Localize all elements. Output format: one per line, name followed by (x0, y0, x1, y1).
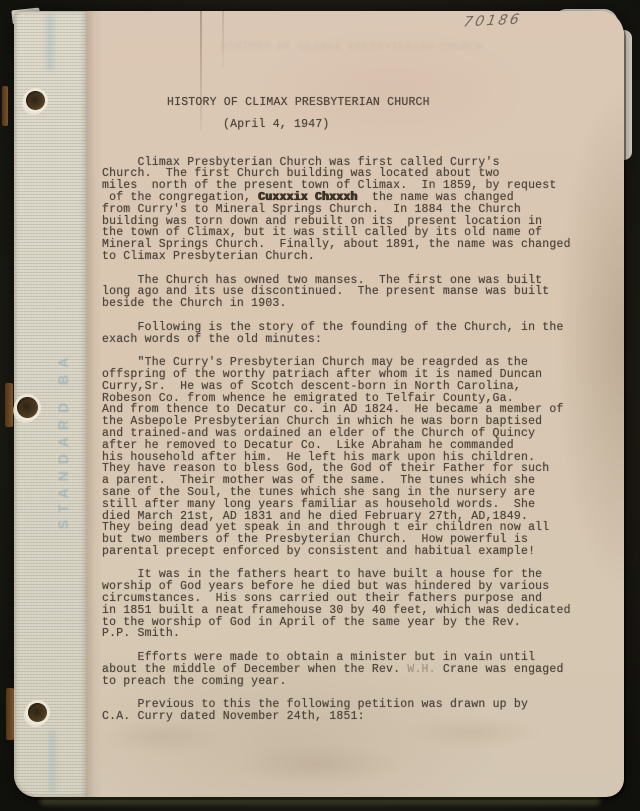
punch-hole-1 (26, 91, 45, 110)
faded-initials: W.H. (407, 663, 435, 676)
document-page: STANDARD BA 70186 HISTORY OF CLIMAX PRES… (14, 11, 624, 797)
paragraph-4: "The Curry's Presbyterian Church may be … (102, 357, 612, 558)
crease-line-2 (222, 11, 224, 69)
catalog-number: 70186 (462, 12, 523, 31)
paragraph-5: It was in the fathers heart to have buil… (102, 569, 612, 640)
paragraph-6: Efforts were made to obtain a minister b… (102, 652, 612, 687)
binding-tab-1 (2, 86, 8, 126)
binding-strip-edge-shadow (86, 11, 102, 797)
document-date: (April 4, 1947) (102, 119, 612, 131)
binding-tab-3 (6, 688, 14, 740)
punch-hole-3 (28, 703, 47, 722)
paragraph-2: The Church has owned two manses. The fir… (102, 275, 612, 310)
binding-stamp-text: STANDARD BA (55, 351, 71, 530)
ink-streak-bottom (49, 730, 56, 792)
punch-hole-2 (17, 397, 38, 418)
paragraph-3: Following is the story of the founding o… (102, 322, 612, 346)
paragraph-1: Climax Presbyterian Church was first cal… (102, 157, 612, 263)
binding-tab-2 (5, 383, 13, 427)
paragraph-7: Previous to this the following petition … (102, 699, 612, 723)
scanned-document-view: STANDARD BA 70186 HISTORY OF CLIMAX PRES… (0, 0, 640, 811)
document-title: HISTORY OF CLIMAX PRESBYTERIAN CHURCH (102, 97, 612, 109)
typewritten-content: HISTORY OF CLIMAX PRESBYTERIAN CHURCH (A… (102, 97, 612, 735)
bleed-through-title: HISTORY OF CLIMAX PRESBYTERIAN CHURCH (142, 41, 562, 54)
ink-streak-top (46, 15, 54, 71)
